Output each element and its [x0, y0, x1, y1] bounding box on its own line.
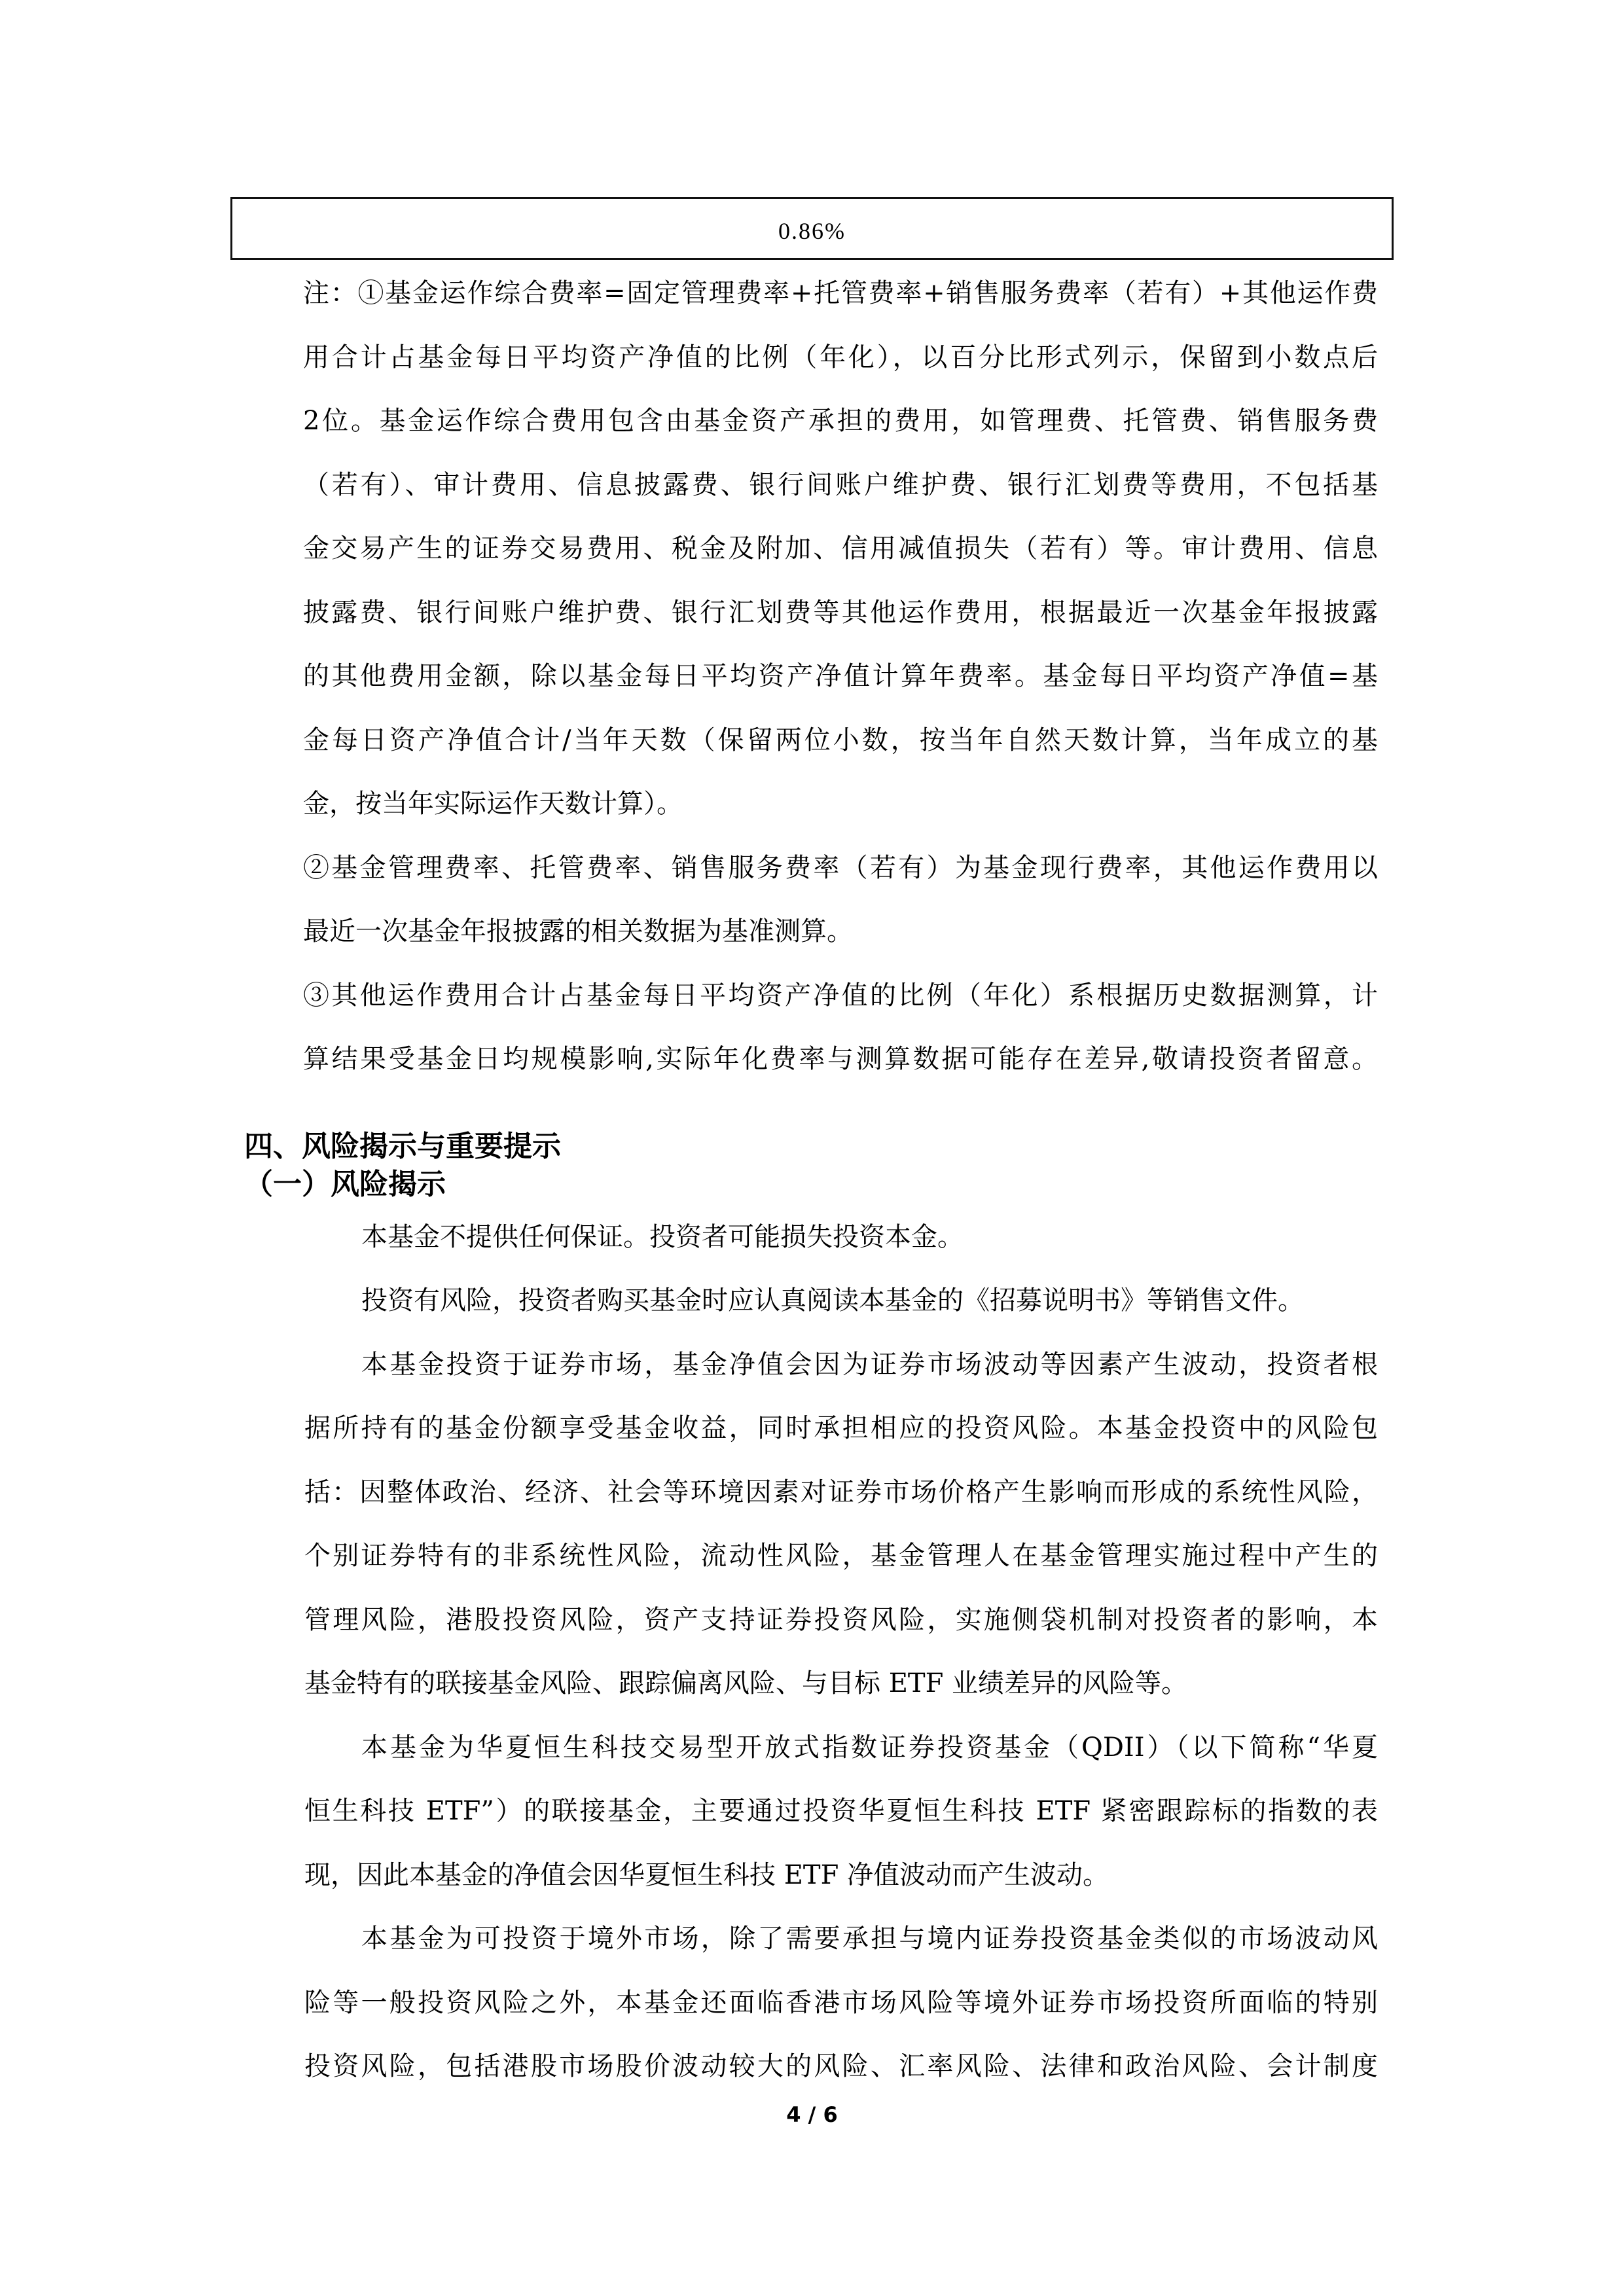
risk-para3-line-4: 个别证券特有的非系统性风险，流动性风险，基金管理人在基金管理实施过程中产生的 [304, 1541, 1378, 1571]
note1-line-2: 用合计占基金每日平均资产净值的比例（年化），以百分比形式列示，保留到小数点后 [303, 342, 1378, 372]
risk-para4-line-1: 本基金为华夏恒生科技交易型开放式指数证券投资基金（QDII）（以下简称“华夏 [361, 1732, 1378, 1763]
fee-rate-table-cell: 0.86% [230, 197, 1394, 260]
risk-para3-line-2: 据所持有的基金份额享受基金收益，同时承担相应的投资风险。本基金投资中的风险包 [304, 1413, 1378, 1443]
risk-para3-line-5: 管理风险，港股投资风险，资产支持证券投资风险，实施侧袋机制对投资者的影响，本 [304, 1605, 1378, 1635]
section-heading: 四、风险揭示与重要提示 [244, 1130, 561, 1164]
fee-rate-value: 0.86% [232, 217, 1392, 245]
risk-para1-line-1: 本基金不提供任何保证。投资者可能损失投资本金。 [361, 1222, 964, 1252]
note1-line-4: （若有）、审计费用、信息披露费、银行间账户维护费、银行汇划费等费用，不包括基 [303, 470, 1378, 500]
risk-para4-line-2: 恒生科技 ETF”）的联接基金，主要通过投资华夏恒生科技 ETF 紧密跟踪标的指… [304, 1796, 1378, 1826]
note2-line-2: 最近一次基金年报披露的相关数据为基准测算。 [303, 916, 853, 946]
note1-line-9: 金，按当年实际运作天数计算）。 [303, 789, 683, 819]
risk-para3-line-3: 括：因整体政治、经济、社会等环境因素对证券市场价格产生影响而形成的系统性风险， [304, 1477, 1378, 1507]
note1-line-3: 2位。基金运作综合费用包含由基金资产承担的费用，如管理费、托管费、销售服务费 [303, 406, 1378, 436]
risk-para5-line-3: 投资风险，包括港股市场股价波动较大的风险、汇率风险、法律和政治风险、会计制度 [304, 2051, 1378, 2081]
risk-para3-line-1: 本基金投资于证券市场，基金净值会因为证券市场波动等因素产生波动，投资者根 [361, 1350, 1378, 1380]
risk-para5-line-2: 险等一般投资风险之外，本基金还面临香港市场风险等境外证券市场投资所面临的特别 [304, 1988, 1378, 2018]
note1-line-5: 金交易产生的证券交易费用、税金及附加、信用减值损失（若有）等。审计费用、信息 [303, 533, 1378, 564]
risk-para3-line-6: 基金特有的联接基金风险、跟踪偏离风险、与目标 ETF 业绩差异的风险等。 [304, 1668, 1187, 1698]
note1-line-6: 披露费、银行间账户维护费、银行汇划费等其他运作费用，根据最近一次基金年报披露 [303, 598, 1378, 628]
note1-line-8: 金每日资产净值合计/当年天数（保留两位小数，按当年自然天数计算，当年成立的基 [303, 725, 1378, 755]
risk-para2-line-1: 投资有风险，投资者购买基金时应认真阅读本基金的《招募说明书》等销售文件。 [361, 1285, 1304, 1316]
note3-line-2: 算结果受基金日均规模影响,实际年化费率与测算数据可能存在差异,敬请投资者留意。 [303, 1044, 1378, 1074]
risk-para5-line-1: 本基金为可投资于境外市场，除了需要承担与境内证券投资基金类似的市场波动风 [361, 1924, 1378, 1954]
note3-line-1: ③其他运作费用合计占基金每日平均资产净值的比例（年化）系根据历史数据测算，计 [303, 980, 1378, 1011]
note2-line-1: ②基金管理费率、托管费率、销售服务费率（若有）为基金现行费率，其他运作费用以 [303, 853, 1378, 883]
note1-line-7: 的其他费用金额，除以基金每日平均资产净值计算年费率。基金每日平均资产净值=基 [303, 661, 1378, 691]
note1-line-1: 注：①基金运作综合费率=固定管理费率+托管费率+销售服务费率（若有）+其他运作费 [303, 278, 1378, 308]
section-subheading: （一）风险揭示 [244, 1168, 446, 1202]
page-number: 4 / 6 [0, 2102, 1624, 2127]
risk-para4-line-3: 现，因此本基金的净值会因华夏恒生科技 ETF 净值波动而产生波动。 [304, 1860, 1109, 1890]
